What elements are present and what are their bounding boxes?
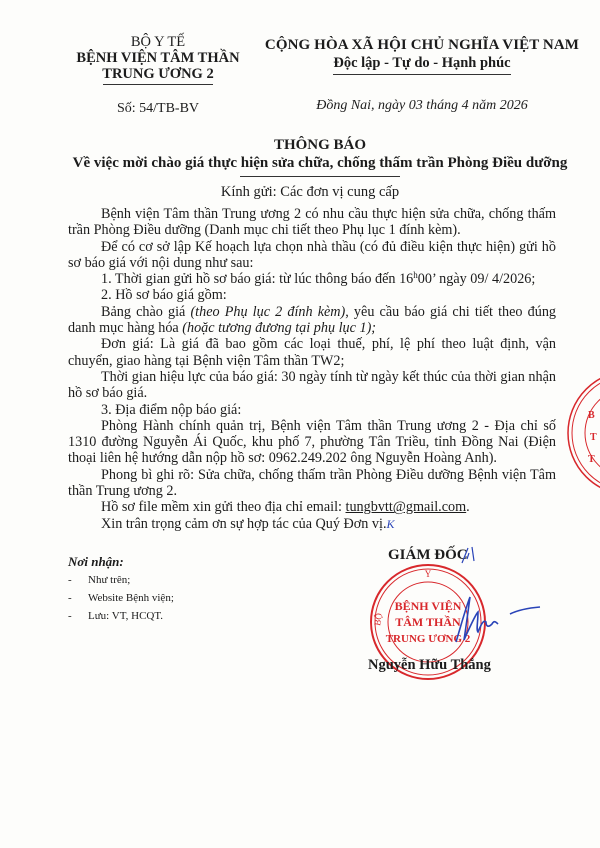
greeting: Kính gửi: Các đơn vị cung cấp bbox=[0, 184, 600, 201]
email-link[interactable]: tungbvtt@gmail.com bbox=[346, 499, 467, 515]
thanks-text: Xin trân trọng cảm ơn sự hợp tác của Quý… bbox=[101, 516, 387, 532]
document-body: Bệnh viện Tâm thần Trung ương 2 có nhu c… bbox=[68, 206, 556, 532]
ministry-name: BỘ Y TẾ bbox=[68, 34, 248, 50]
initial-scribble-icon bbox=[460, 545, 480, 565]
header-divider-right bbox=[333, 74, 511, 75]
signer-name: Nguyễn Hữu Thắng bbox=[368, 657, 491, 674]
document-title-block: THÔNG BÁO Về việc mời chào giá thực hiện… bbox=[30, 136, 600, 177]
svg-text:T: T bbox=[588, 454, 595, 465]
recipient-item: Website Bệnh viện; bbox=[68, 589, 174, 607]
paragraph-email: Hồ sơ file mềm xin gửi theo địa chỉ emai… bbox=[68, 499, 556, 515]
title-divider bbox=[240, 176, 400, 177]
document-page: BỘ Y TẾ BỆNH VIỆN TÂM THẦN TRUNG ƯƠNG 2 … bbox=[0, 0, 600, 848]
email-label: Hồ sơ file mềm xin gửi theo địa chỉ emai… bbox=[101, 499, 346, 515]
agency-name-line2: TRUNG ƯƠNG 2 bbox=[68, 66, 248, 82]
paragraph-need: Bệnh viện Tâm thần Trung ương 2 có nhu c… bbox=[68, 206, 556, 239]
recipients-block: Nơi nhận: Như trên; Website Bệnh viện; L… bbox=[68, 553, 174, 625]
document-number: Số: 54/TB-BV bbox=[68, 101, 248, 117]
paragraph-validity: Thời gian hiệu lực của báo giá: 30 ngày … bbox=[68, 369, 556, 402]
quote-text-d: (hoặc tương đương tại phụ lục 1); bbox=[182, 320, 376, 336]
recipient-item: Lưu: VT, HCQT. bbox=[68, 607, 174, 625]
deadline-text: 1. Thời gian gửi hồ sơ báo giá: từ lúc t… bbox=[101, 271, 413, 287]
issue-date: Đồng Nai, ngày 03 tháng 4 năm 2026 bbox=[252, 98, 592, 114]
quote-text-a: Bảng chào giá bbox=[101, 304, 190, 320]
email-suffix: . bbox=[466, 499, 470, 515]
initials-mark: K bbox=[387, 517, 395, 531]
header-divider-left bbox=[103, 84, 213, 85]
deadline-date: 00’ ngày 09/ 4/2026; bbox=[418, 271, 536, 287]
issuing-agency-header: BỘ Y TẾ BỆNH VIỆN TÂM THẦN TRUNG ƯƠNG 2 … bbox=[68, 34, 248, 117]
svg-text:T: T bbox=[590, 432, 597, 443]
national-motto: Độc lập - Tự do - Hạnh phúc bbox=[252, 54, 592, 72]
paragraph-location-heading: 3. Địa điểm nộp báo giá: bbox=[68, 402, 556, 418]
nation-name: CỘNG HÒA XÃ HỘI CHỦ NGHĨA VIỆT NAM bbox=[252, 36, 592, 54]
paragraph-unit-price: Đơn giá: Là giá đã bao gồm các loại thuế… bbox=[68, 336, 556, 369]
paragraph-quote-table: Bảng chào giá (theo Phụ lục 2 đính kèm),… bbox=[68, 304, 556, 337]
national-header: CỘNG HÒA XÃ HỘI CHỦ NGHĨA VIỆT NAM Độc l… bbox=[252, 36, 592, 114]
paragraph-address: Phòng Hành chính quản trị, Bệnh viện Tâm… bbox=[68, 418, 556, 467]
paragraph-envelope: Phong bì ghi rõ: Sửa chữa, chống thấm tr… bbox=[68, 467, 556, 500]
paragraph-deadline: 1. Thời gian gửi hồ sơ báo giá: từ lúc t… bbox=[68, 271, 556, 287]
page-edge-stamp-icon: B T T bbox=[560, 368, 600, 498]
agency-name-line1: BỆNH VIỆN TÂM THẦN bbox=[68, 50, 248, 66]
quote-text-b: (theo Phụ lục 2 đính kèm) bbox=[190, 304, 345, 320]
handwritten-signature-icon bbox=[448, 592, 543, 647]
svg-text:B: B bbox=[588, 410, 595, 421]
paragraph-dossier-heading: 2. Hồ sơ báo giá gồm: bbox=[68, 287, 556, 303]
recipients-heading: Nơi nhận: bbox=[68, 553, 174, 571]
paragraph-thanks: Xin trân trọng cảm ơn sự hợp tác của Quý… bbox=[68, 516, 556, 532]
document-title: THÔNG BÁO bbox=[30, 136, 600, 154]
document-subject: Về việc mời chào giá thực hiện sửa chữa,… bbox=[30, 154, 600, 172]
recipient-item: Như trên; bbox=[68, 571, 174, 589]
paragraph-purpose: Để có cơ sở lập Kế hoạch lựa chọn nhà th… bbox=[68, 239, 556, 272]
stamp-top-text: Y bbox=[425, 569, 432, 579]
stamp-side-text: BỘ bbox=[372, 612, 384, 627]
signer-role: GIÁM ĐỐC bbox=[388, 547, 468, 564]
